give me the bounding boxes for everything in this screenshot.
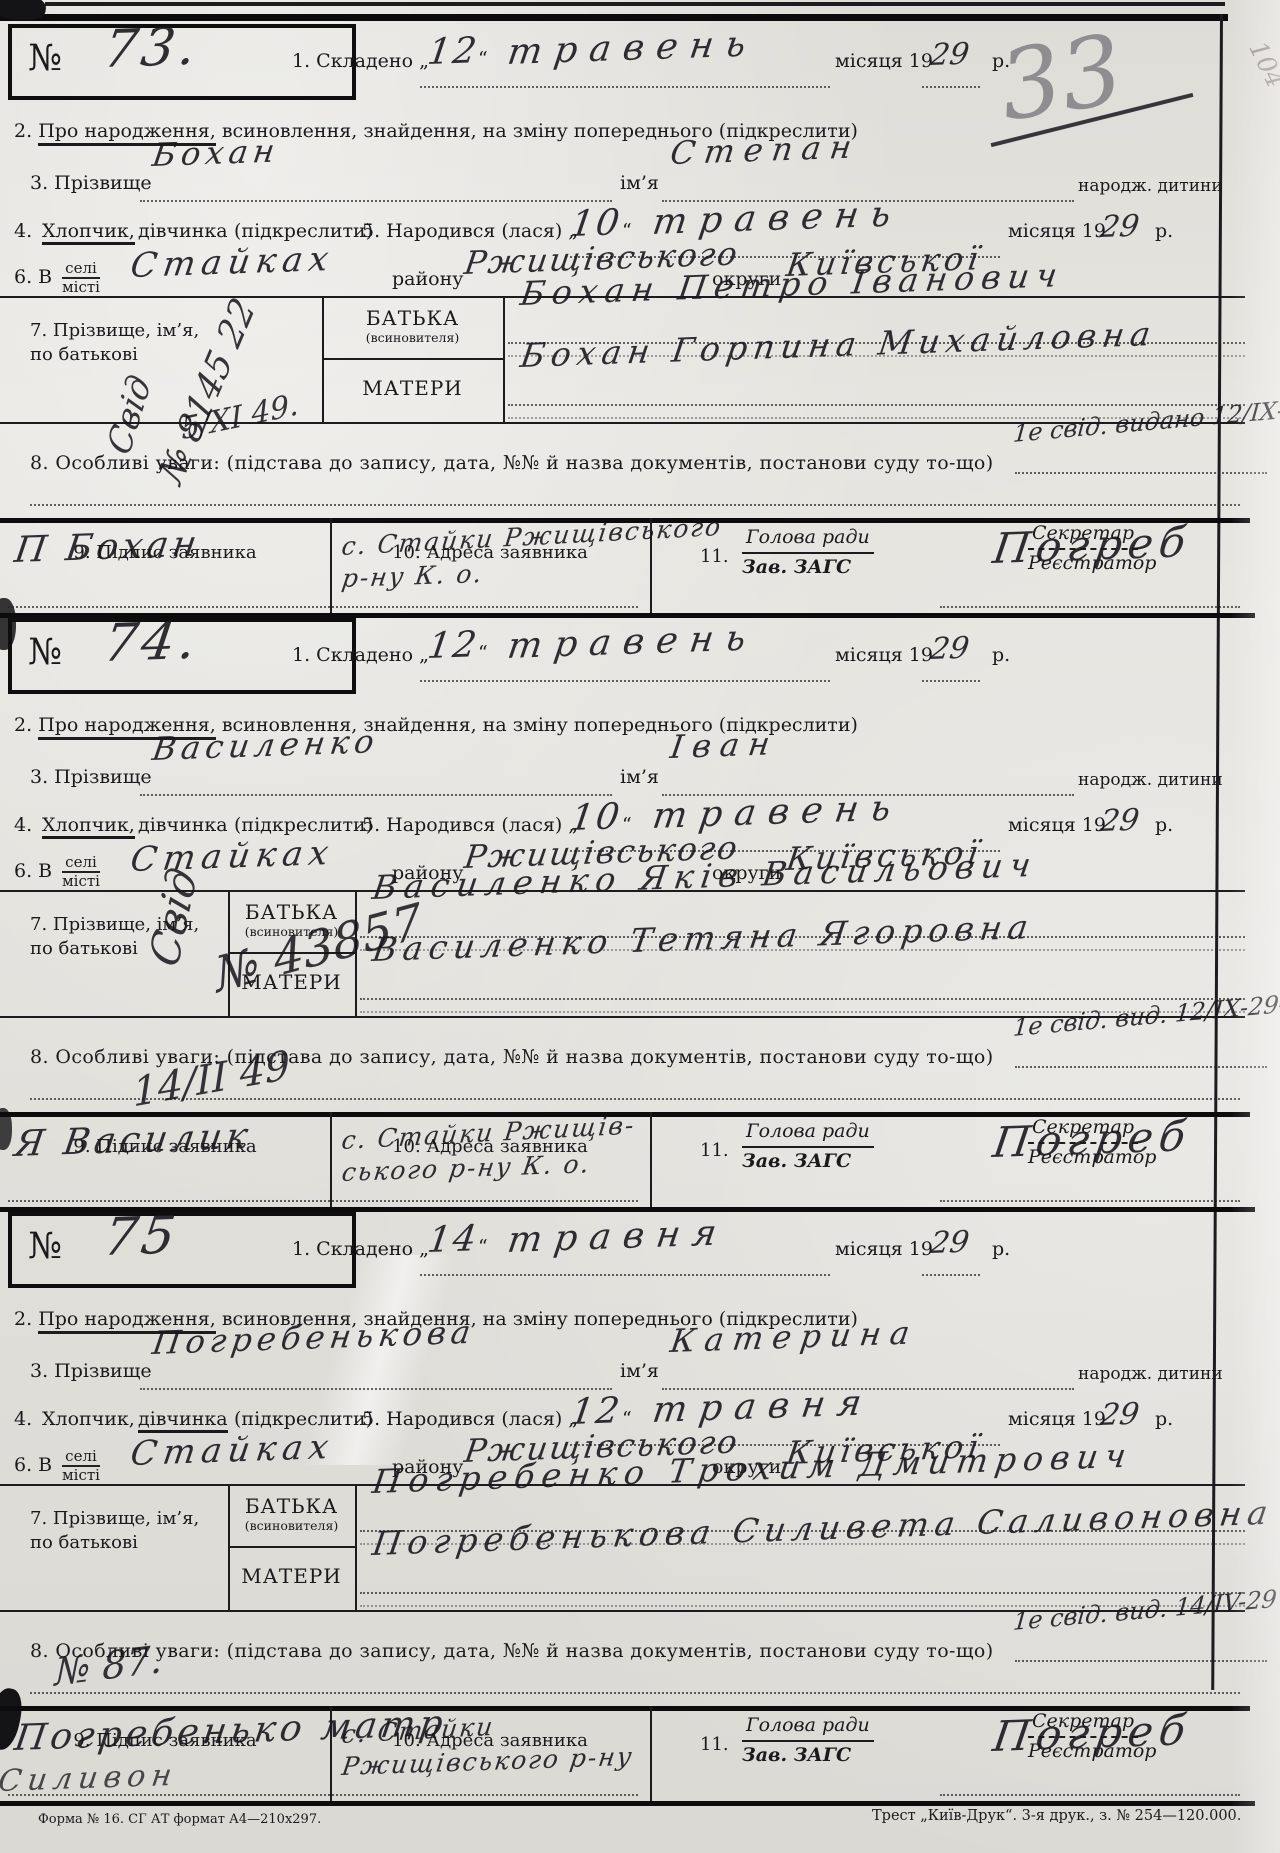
surname-value: Василенко [150,722,382,768]
girl-label: дівчинка [138,1408,228,1433]
seli-label: селі [62,260,100,279]
village-city-choice: селі місті [62,1448,100,1483]
head-title: Голова ради [742,1120,874,1148]
misti-label: місті [62,873,100,890]
boy-label: Хлопчик, [42,220,135,245]
gender-number: 4. [14,1408,32,1430]
secretary-signature-value: Погреб [990,517,1195,573]
boy-label: Хлопчик, [42,1408,135,1430]
dotted-line [8,606,638,608]
composed-day-value: 14 [425,1218,481,1261]
birth-record: № 73. 1. Складено „ 12 “ травень місяця … [0,24,1280,618]
applicant-signature-value: Я Василик [12,1116,254,1165]
place-label: 6. В [14,1454,52,1476]
remarks-note-value: 1е свід. видано 12/ІХ-85 [1012,393,1280,448]
mother-header: МАТЕРИ [228,1564,355,1588]
column-line [650,1706,652,1804]
event-type-number: 2. [14,714,32,736]
applicant-signature-extra: Силивон [0,1758,180,1799]
composed-month-value: травня [505,1212,731,1261]
girl-label: дівчинка [138,220,228,242]
composed-year-value: 29 [928,631,971,667]
mother-name-value: Погребенькова Силивета Саливоновна [370,1493,1276,1563]
dotted-line [922,1274,980,1276]
composed-year-value: 29 [928,1225,971,1261]
parents-label-line1: 7. Прізвище, ім’я, [30,1508,199,1529]
father-header: БАТЬКА [228,1494,355,1518]
composed-day-value: 12 [425,624,481,667]
birth-record: № 75 1. Складено „ 14 “ травня місяця 19… [0,1212,1280,1806]
born-label: 5. Народився (лася) „ [362,814,578,836]
dotted-line [8,1794,638,1796]
dotted-line [420,680,830,682]
name-label: ім’я [620,766,659,788]
born-r-label: р. [1155,1408,1173,1430]
head-number: 11. [700,1140,729,1161]
composed-month-label: місяця 19 [835,1238,933,1260]
parents-column-line [503,296,505,422]
dotted-line [940,606,1240,608]
born-year-value: 29 [1098,1397,1141,1433]
dotted-line [508,404,1245,406]
mother-name-value: Бохан Горпина Михайловна [518,314,1159,375]
head-number: 11. [700,1734,729,1755]
head-number: 11. [700,546,729,567]
dotted-line [360,1592,1245,1594]
raion-label: району [392,268,463,290]
name-value: Катерина [668,1313,921,1360]
number-sign: № [28,1226,62,1267]
village-city-choice: селі місті [62,854,100,889]
place-label: 6. В [14,266,52,288]
surname-label: 3. Прізвище [30,766,152,788]
parents-label-line2: по батькові [30,344,138,365]
composed-year-value: 29 [928,37,971,73]
child-birth-label: народж. дитини [1078,1364,1223,1384]
zags-title: Зав. ЗАГС [742,1742,874,1768]
parents-label-line2: по батькові [30,938,138,959]
quote-close: “ [478,642,488,664]
dotted-line [140,794,612,796]
born-r-label: р. [1155,220,1173,242]
quote-close: “ [478,1236,488,1258]
column-line [330,518,332,616]
name-value: Іван [668,724,781,766]
record-number-value: 74. [100,611,204,674]
event-type-number: 2. [14,120,32,142]
zags-title: Зав. ЗАГС [742,1148,874,1174]
record-number-value: 73. [100,17,204,80]
underline-note-label: (підкреслити) [234,814,373,836]
dotted-line [140,1388,612,1390]
dotted-line [360,998,1245,1000]
composed-month-label: місяця 19 [835,644,933,666]
composed-day-value: 12 [425,30,481,73]
child-birth-label: народж. дитини [1078,770,1223,790]
page-top-edge-line [45,2,1225,6]
number-sign: № [28,38,62,79]
father-subheader: (всиновителя) [322,330,503,345]
secretary-signature-value: Погреб [990,1705,1195,1761]
name-value: Степан [668,127,863,172]
form-imprint-left: Форма № 16. СГ АТ формат А4—210x297. [38,1812,321,1827]
dotted-line [1015,472,1267,474]
scanned-registry-page: 33 104 № 73. 1. Складено „ 12 “ травень … [0,0,1280,1853]
father-mother-divider [228,1546,355,1548]
name-label: ім’я [620,1360,659,1382]
dotted-line [30,504,1240,506]
child-birth-label: народж. дитини [1078,176,1223,196]
dotted-line [940,1794,1240,1796]
composed-label: 1. Складено „ [292,50,429,72]
born-month-label: місяця 19 [1008,814,1106,836]
parents-label-line1: 7. Прізвище, ім’я, [30,320,199,341]
mother-name-value: Василенко Тетяна Ягоровна [370,907,1037,969]
father-mother-divider [322,358,503,360]
council-head-header: Голова ради Зав. ЗАГС [742,1714,874,1768]
born-year-value: 29 [1098,209,1141,245]
year-r-label: р. [992,50,1010,72]
dotted-line [940,1200,1240,1202]
born-label: 5. Народився (лася) „ [362,1408,578,1430]
zags-title: Зав. ЗАГС [742,554,874,580]
parents-column-line [355,1484,357,1610]
underline-note-label: (підкреслити) [234,1408,373,1430]
born-label: 5. Народився (лася) „ [362,220,578,242]
margin-note-certificate: Свід [100,369,159,461]
father-header: БАТЬКА [322,306,503,330]
village-value: Стайках [128,239,337,286]
dotted-line [1015,1660,1267,1662]
column-line [330,1112,332,1210]
parents-label-line2: по батькові [30,1532,138,1553]
place-label: 6. В [14,860,52,882]
applicant-address-value-2: р-ну К. о. [340,559,486,593]
head-title: Голова ради [742,1714,874,1742]
born-year-value: 29 [1098,803,1141,839]
composed-month-value: травень [505,23,760,73]
record-number-value: 75 [100,1205,183,1268]
mother-header: МАТЕРИ [322,376,503,400]
dotted-line [922,680,980,682]
dotted-line [420,86,830,88]
underline-note-label: (підкреслити) [234,220,373,242]
surname-label: 3. Прізвище [30,1360,152,1382]
quote-close: “ [478,48,488,70]
name-label: ім’я [620,172,659,194]
misti-label: місті [62,279,100,296]
father-subheader: (всиновителя) [228,1518,355,1533]
dotted-line [8,1200,638,1202]
born-month-label: місяця 19 [1008,1408,1106,1430]
dotted-line [30,1692,1240,1694]
head-title: Голова ради [742,526,874,554]
gender-number: 4. [14,220,32,242]
dotted-line [1015,1066,1267,1068]
surname-label: 3. Прізвище [30,172,152,194]
year-r-label: р. [992,1238,1010,1260]
remarks-label: 8. Особливі уваги: (підстава до запису, … [30,1640,994,1662]
seli-label: селі [62,1448,100,1467]
composed-label: 1. Складено „ [292,1238,429,1260]
dotted-line [922,86,980,88]
misti-label: місті [62,1467,100,1484]
composed-label: 1. Складено „ [292,644,429,666]
dotted-line [420,1274,830,1276]
surname-value: Бохан [150,132,282,174]
birth-record: № 74. 1. Складено „ 12 “ травень місяця … [0,618,1280,1212]
event-type-number: 2. [14,1308,32,1330]
born-month-label: місяця 19 [1008,220,1106,242]
boy-label: Хлопчик, [42,814,135,839]
remarks-note-value: 1е свід. вид. 12/ІХ-29-86 [1012,987,1280,1042]
village-value: Стайках [128,1427,337,1474]
gender-number: 4. [14,814,32,836]
table-border [0,1801,1255,1806]
year-r-label: р. [992,644,1010,666]
composed-month-label: місяця 19 [835,50,933,72]
council-head-header: Голова ради Зав. ЗАГС [742,1120,874,1174]
number-sign: № [28,632,62,673]
village-city-choice: селі місті [62,260,100,295]
column-line [650,1112,652,1210]
born-r-label: р. [1155,814,1173,836]
secretary-signature-value: Погреб [990,1111,1195,1167]
composed-month-value: травень [505,617,760,667]
council-head-header: Голова ради Зав. ЗАГС [742,526,874,580]
dotted-line [140,200,612,202]
print-house-imprint: Трест „Київ-Друк“. 3-я друк., з. № 254—1… [872,1808,1241,1824]
seli-label: селі [62,854,100,873]
applicant-signature-value: П Бохан [12,524,203,571]
girl-label: дівчинка [138,814,228,836]
